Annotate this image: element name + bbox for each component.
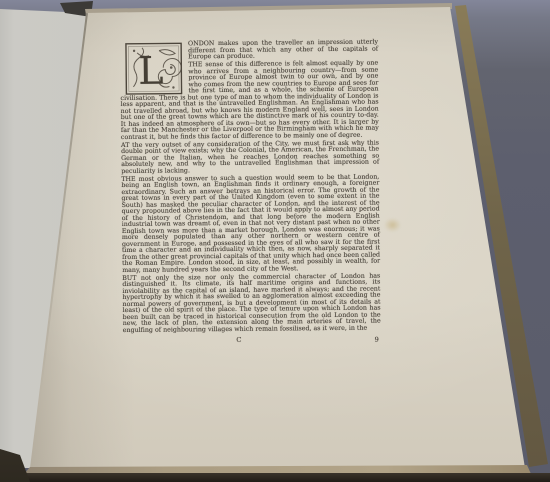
paragraph: L ONDON makes upon the traveller an impr… [120, 40, 378, 62]
page-number: 9 [375, 337, 379, 344]
paragraph: BUT not only the size nor only the comme… [122, 273, 381, 334]
paragraph-text: ONDON makes upon the traveller an impres… [188, 39, 378, 61]
book-photo: L ONDON makes upon the traveller an impr… [0, 0, 550, 482]
book-board-bottom [0, 473, 550, 482]
signature-mark: C [123, 336, 355, 345]
printed-text-block: L ONDON makes upon the traveller an impr… [120, 40, 381, 347]
paragraph: THE most obvious answer to such a questi… [121, 174, 380, 274]
ornamental-initial-icon: L [125, 42, 182, 95]
page-stain [384, 218, 401, 232]
drop-cap-letter: L [138, 48, 164, 92]
paragraph: AT the very outset of any consideration … [121, 140, 379, 175]
